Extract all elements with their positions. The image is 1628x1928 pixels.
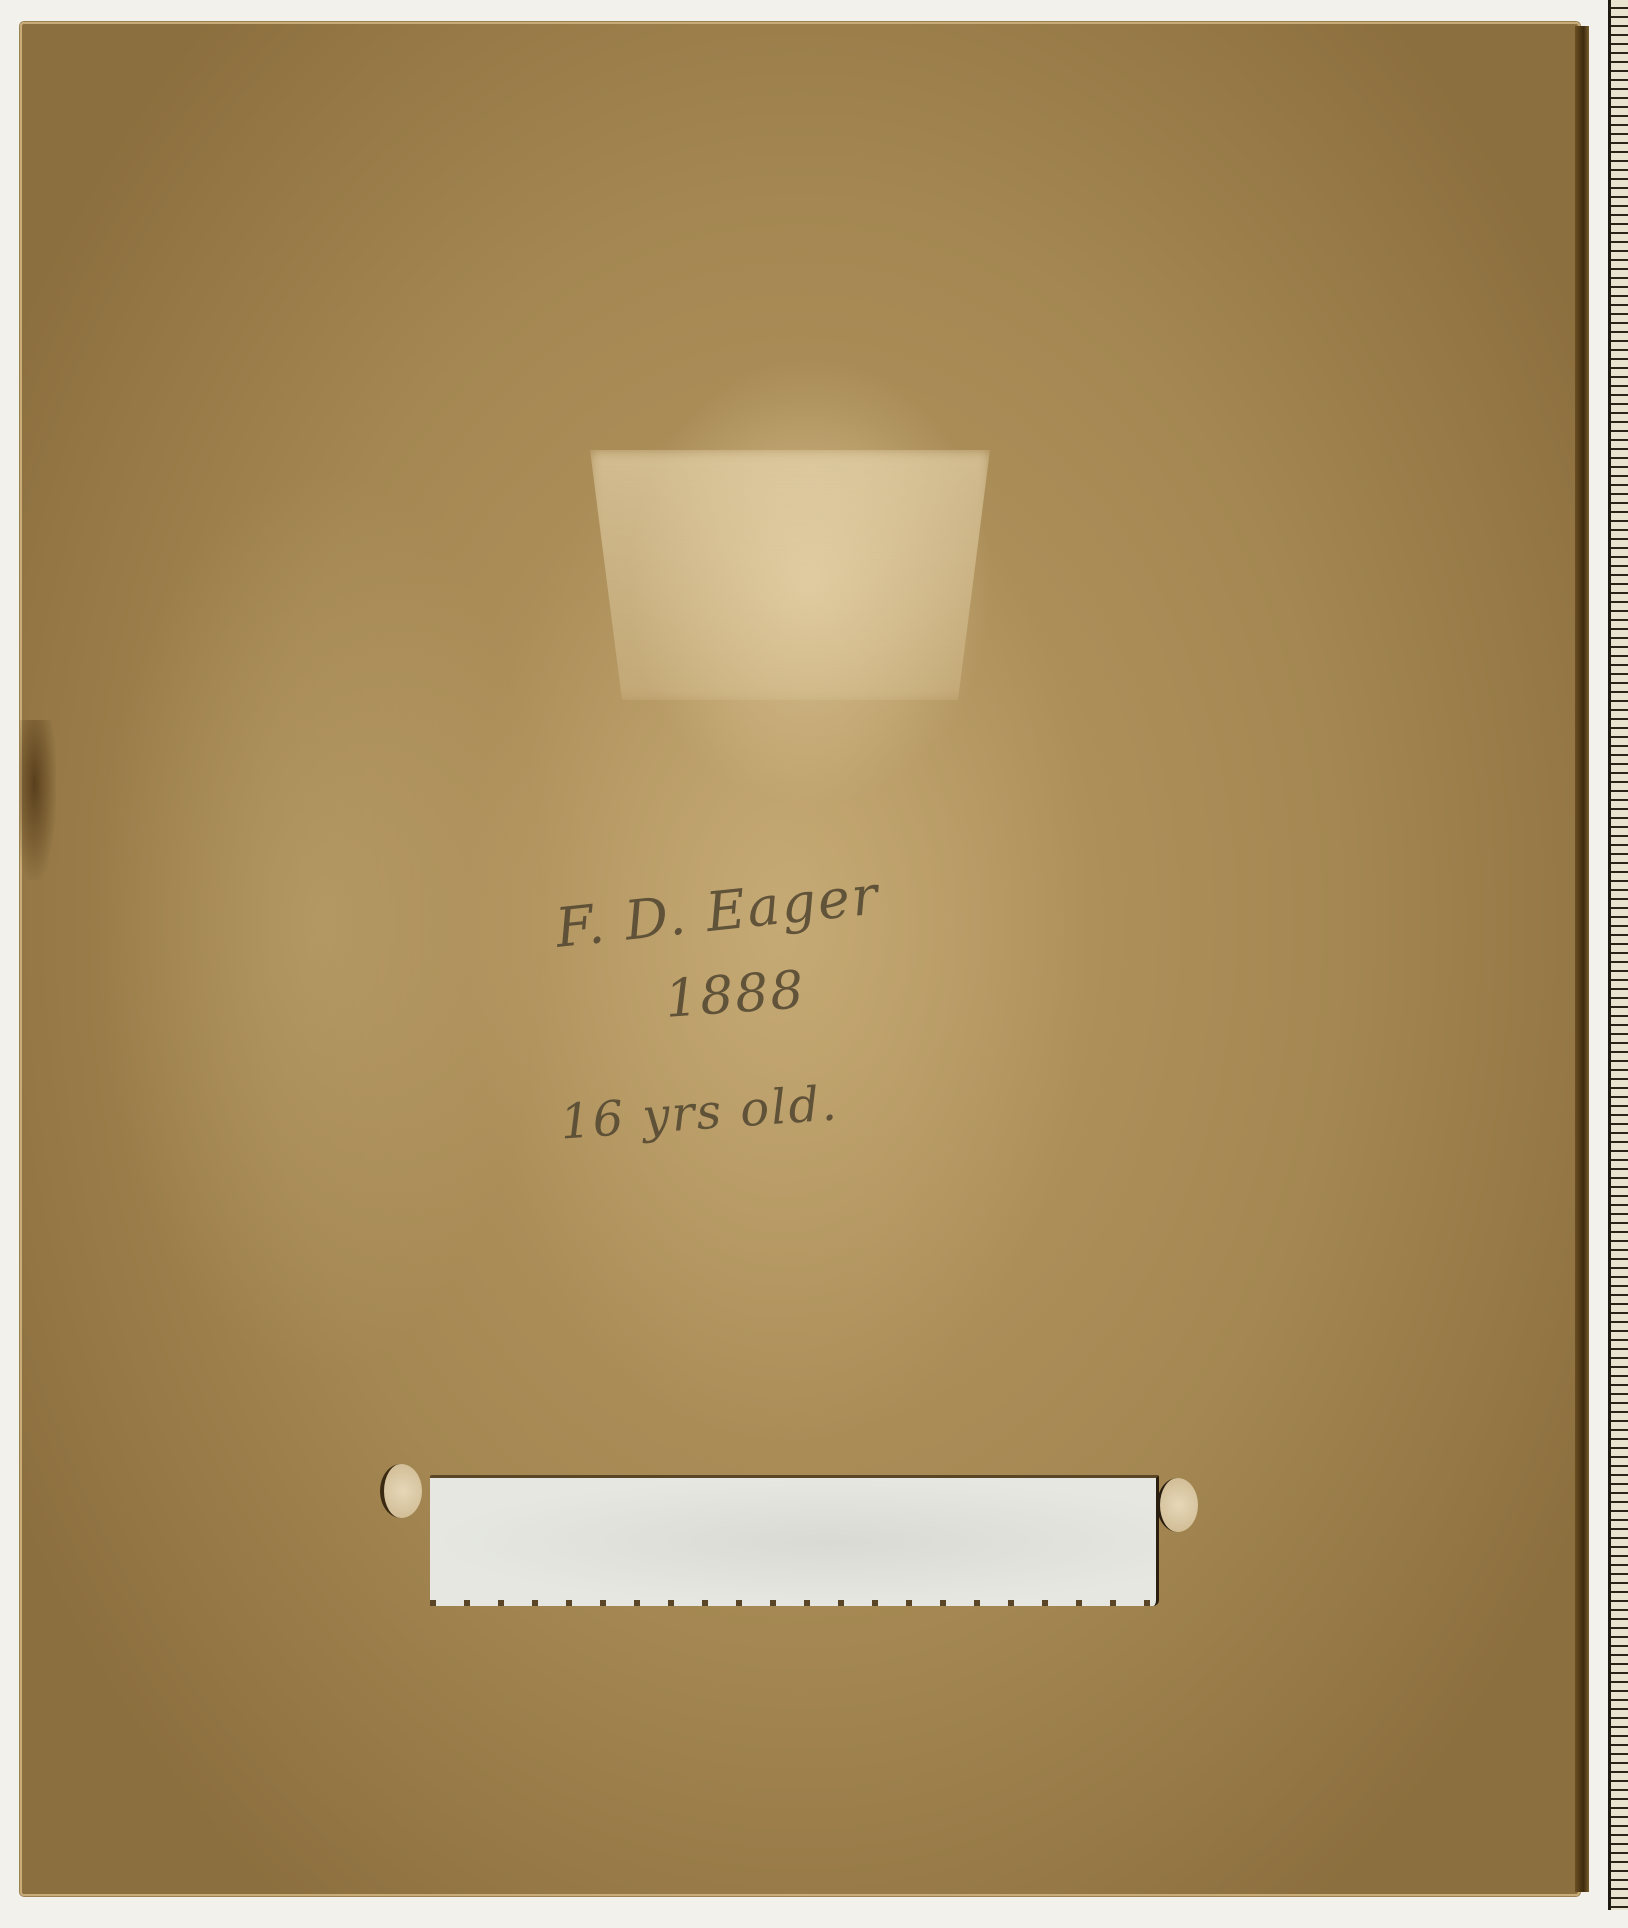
board-edge <box>1575 26 1589 1892</box>
inscription-year: 1888 <box>663 960 807 1030</box>
tab-hole-left <box>380 1464 422 1518</box>
cutout-window <box>430 1475 1159 1606</box>
faded-light-patch <box>590 450 990 700</box>
edge-stain <box>20 720 56 880</box>
cutout-scalloped-edge <box>430 1600 1156 1606</box>
mount-board <box>20 22 1580 1896</box>
tab-hole-right <box>1157 1478 1198 1532</box>
measuring-ruler <box>1608 0 1628 1910</box>
